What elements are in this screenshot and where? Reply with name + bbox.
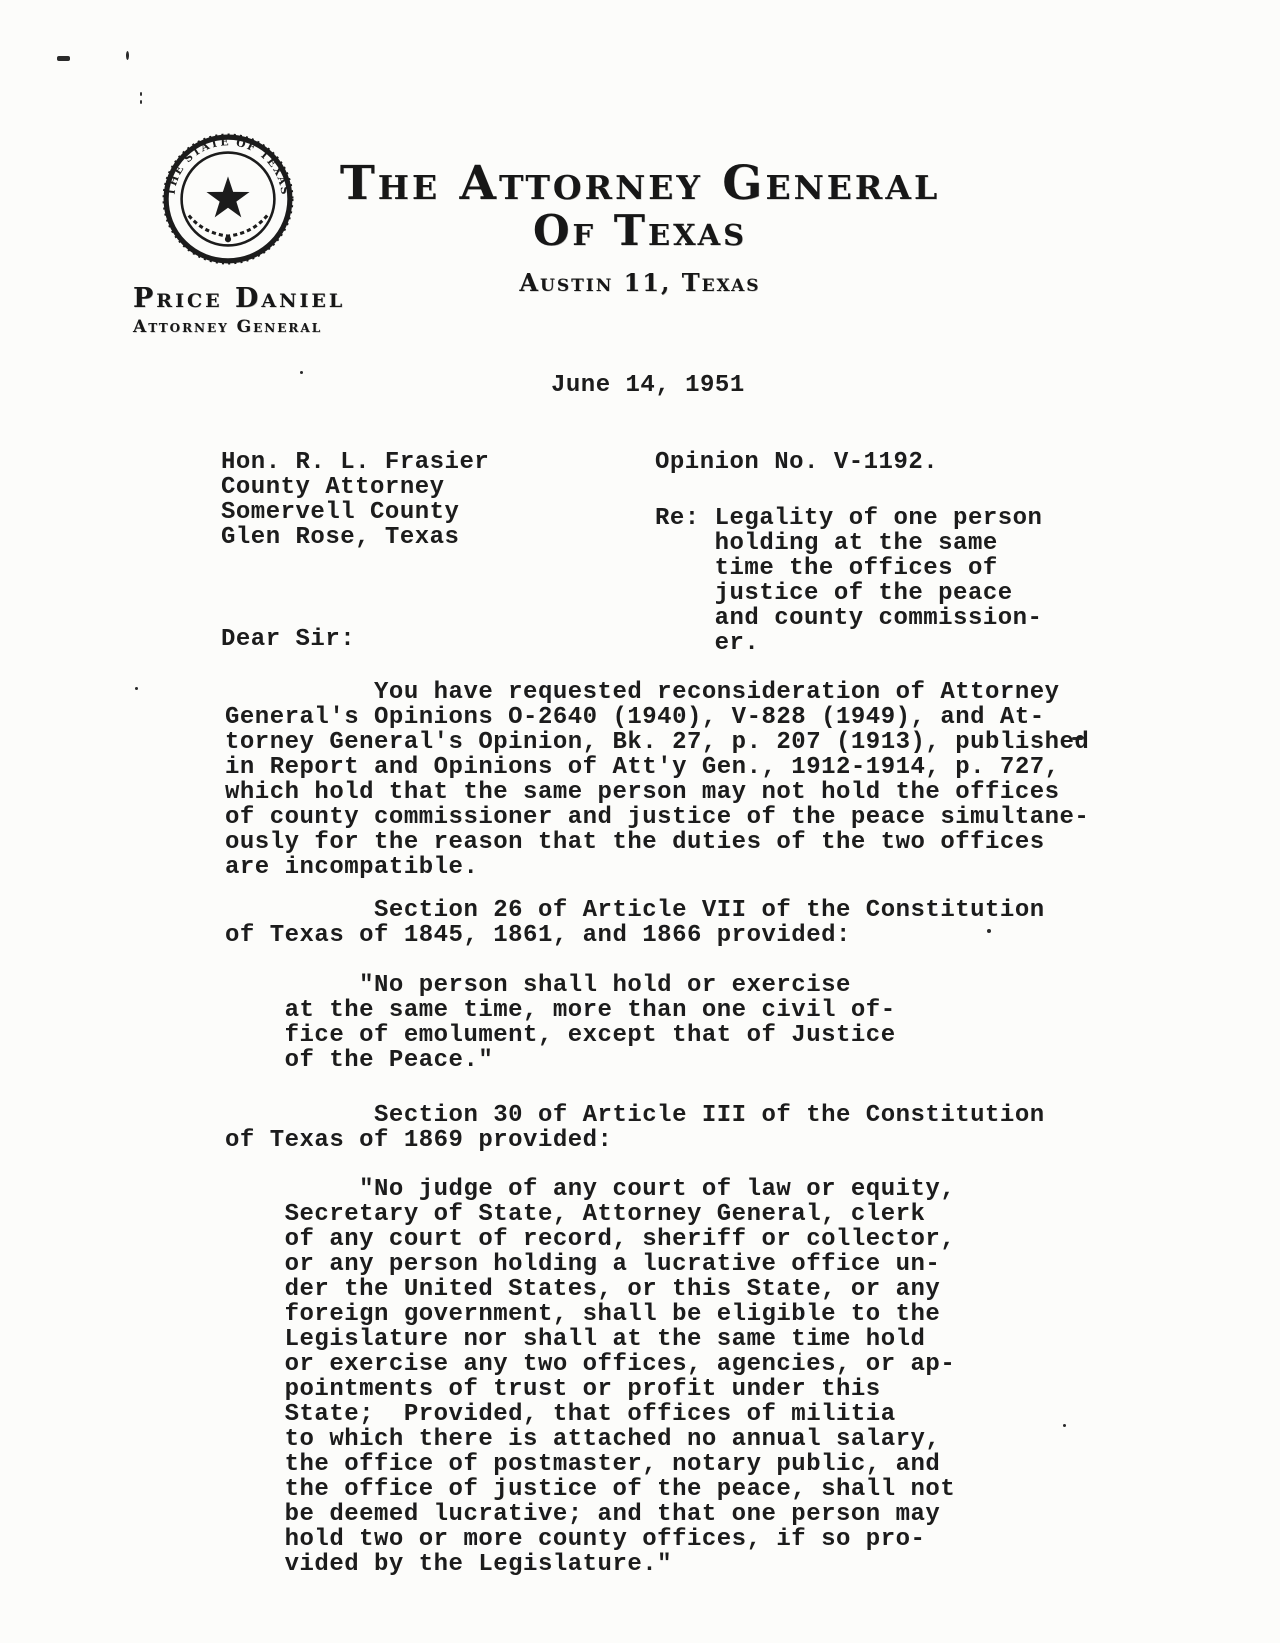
scan-speck: [135, 687, 138, 690]
scan-speck: [140, 92, 142, 96]
letterhead-title-line2: Of Texas: [0, 206, 1280, 255]
opinion-number: Opinion No. V-1192.: [655, 450, 938, 475]
scan-speck: [140, 100, 142, 104]
blockquote-section26: "No person shall hold or exercise at the…: [225, 973, 896, 1073]
letterhead-title-line1: The Attorney General: [0, 156, 1280, 211]
paragraph-request: You have requested reconsideration of At…: [225, 680, 1089, 880]
date-line: June 14, 1951: [551, 373, 745, 398]
blockquote-section30: "No judge of any court of law or equity,…: [225, 1177, 955, 1577]
recipient-address: Hon. R. L. Frasier County Attorney Somer…: [221, 450, 489, 550]
scan-speck: [300, 371, 303, 374]
scan-speck: [57, 56, 70, 61]
paragraph-section26-intro: Section 26 of Article VII of the Constit…: [225, 898, 1045, 948]
scan-speck: [126, 51, 129, 60]
attorney-general-name: Price Daniel: [133, 283, 345, 314]
scan-speck: [1063, 1424, 1066, 1427]
document-page: THE STATE OF TEXAS The Attorney General …: [0, 0, 1280, 1643]
re-subject-block: Re: Legality of one person holding at th…: [655, 506, 1042, 656]
paragraph-section30-intro: Section 30 of Article III of the Constit…: [225, 1103, 1045, 1153]
salutation: Dear Sir:: [221, 627, 355, 652]
attorney-general-role: Attorney General: [133, 317, 322, 337]
